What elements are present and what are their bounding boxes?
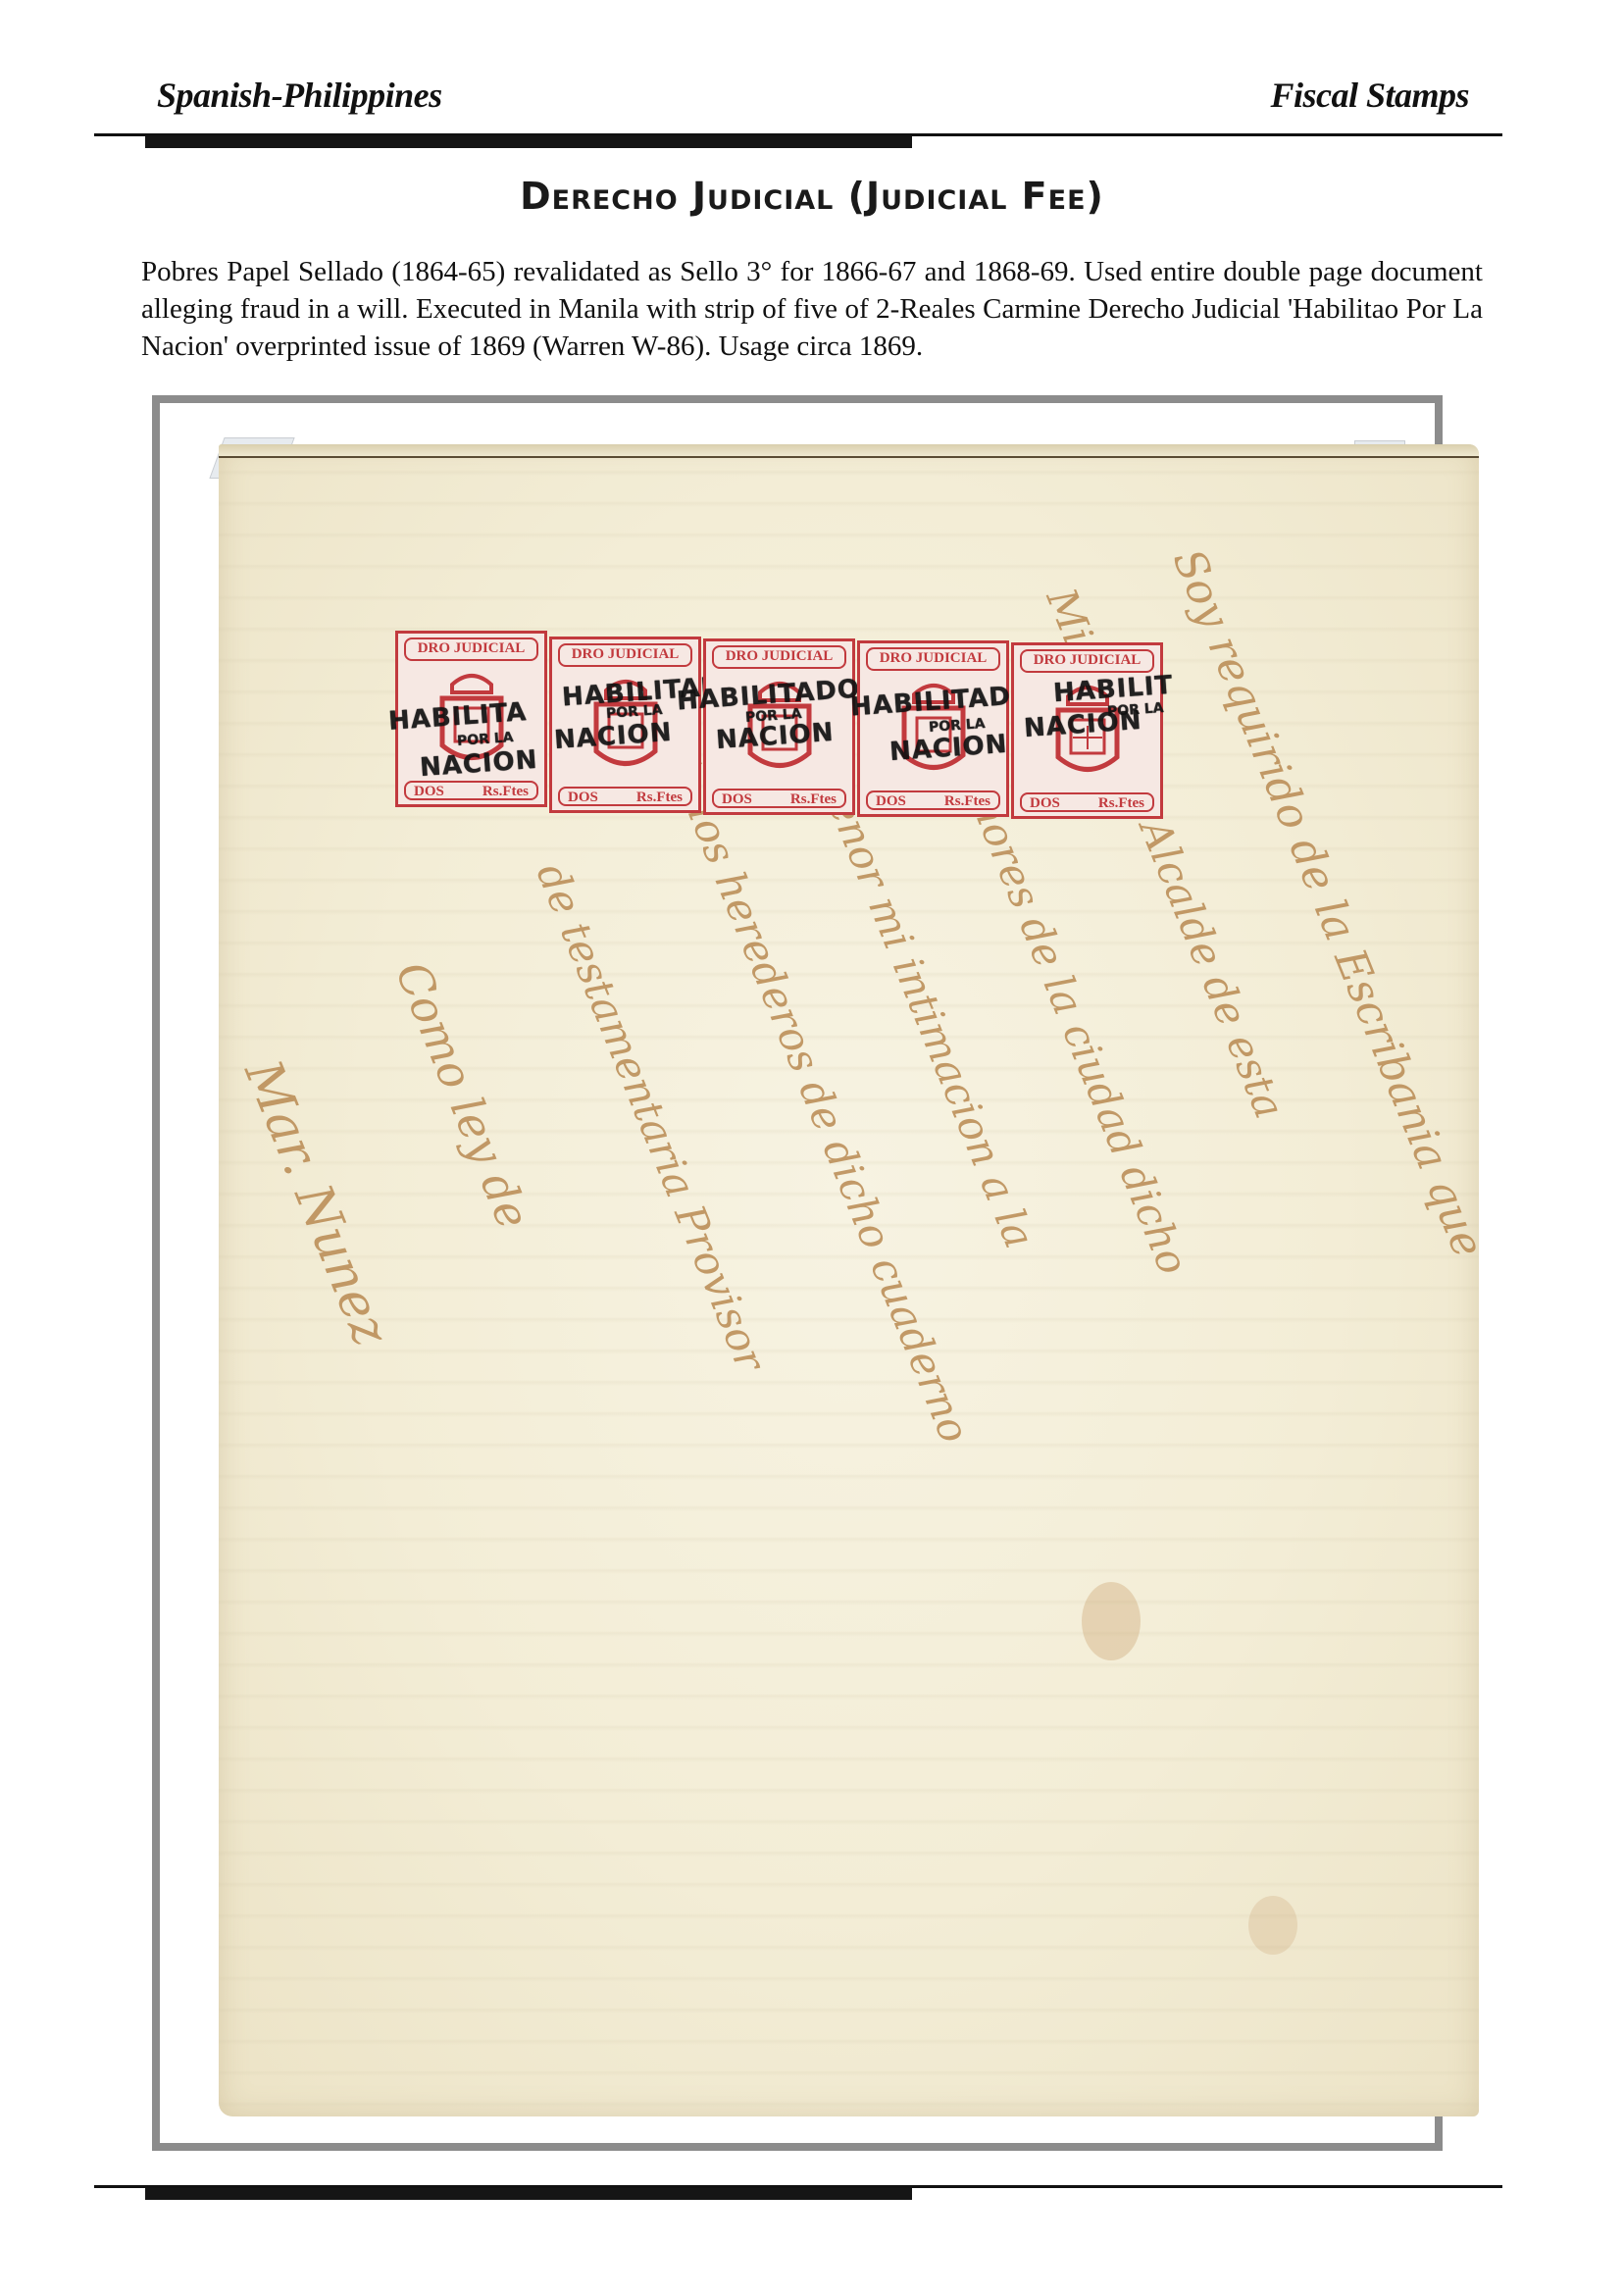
- stamp-4: DRO JUDICIAL DOSRs.Ftes HABILITADO POR L…: [857, 640, 1009, 817]
- header-country: Spanish-Philippines: [157, 75, 442, 116]
- stamp-label: DRO JUDICIAL: [558, 643, 692, 667]
- stamp-value: DOSRs.Ftes: [404, 781, 538, 800]
- stamp-value: DOSRs.Ftes: [1020, 792, 1154, 812]
- stamp-unit-text: Rs.Ftes: [790, 790, 837, 806]
- stain: [1248, 1896, 1297, 1955]
- stamp-strip: DRO JUDICIAL DOSRs.Ftes HABILITA POR LA …: [395, 631, 1165, 817]
- paper-fold: [219, 444, 1479, 458]
- stamp-label: DRO JUDICIAL: [712, 645, 846, 669]
- stamp-unit-text: Rs.Ftes: [636, 789, 683, 804]
- stamp-value: DOSRs.Ftes: [712, 789, 846, 808]
- stamp-value: DOSRs.Ftes: [558, 787, 692, 806]
- overprint-text: HABILITADO: [849, 681, 1035, 723]
- stamp-value-text: DOS: [414, 783, 444, 798]
- stamp-1: DRO JUDICIAL DOSRs.Ftes HABILITA POR LA …: [395, 631, 547, 807]
- stamp-value-text: DOS: [568, 789, 598, 804]
- description: Pobres Papel Sellado (1864-65) revalidat…: [141, 253, 1483, 365]
- stamp-unit-text: Rs.Ftes: [1098, 794, 1144, 810]
- stamp-label: DRO JUDICIAL: [404, 637, 538, 661]
- stamp-2: DRO JUDICIAL DOSRs.Ftes HABILITADO POR L…: [549, 637, 701, 813]
- stamp-unit-text: Rs.Ftes: [482, 783, 529, 798]
- header-category: Fiscal Stamps: [1270, 75, 1469, 116]
- exhibit-frame: Soy requirido de la Escribania que Mi se…: [152, 395, 1443, 2151]
- stamp-value-text: DOS: [722, 790, 752, 806]
- stamp-value: DOSRs.Ftes: [866, 790, 1000, 810]
- stamp-value-text: DOS: [1030, 794, 1060, 810]
- stamp-label: DRO JUDICIAL: [866, 647, 1000, 671]
- footer-rule-thick: [145, 2188, 912, 2200]
- stamp-5: DRO JUDICIAL DOSRs.Ftes HABILIT POR LA N…: [1011, 642, 1163, 819]
- stamp-3: DRO JUDICIAL DOSRs.Ftes HABILITADO POR L…: [703, 638, 855, 815]
- document-entire: Soy requirido de la Escribania que Mi se…: [219, 444, 1479, 2116]
- stamp-value-text: DOS: [876, 792, 906, 808]
- page-title: Derecho Judicial (Judicial Fee): [0, 175, 1624, 218]
- stain: [1082, 1582, 1141, 1660]
- stamp-unit-text: Rs.Ftes: [944, 792, 990, 808]
- header-rule-thick: [145, 136, 912, 148]
- stamp-label: DRO JUDICIAL: [1020, 649, 1154, 673]
